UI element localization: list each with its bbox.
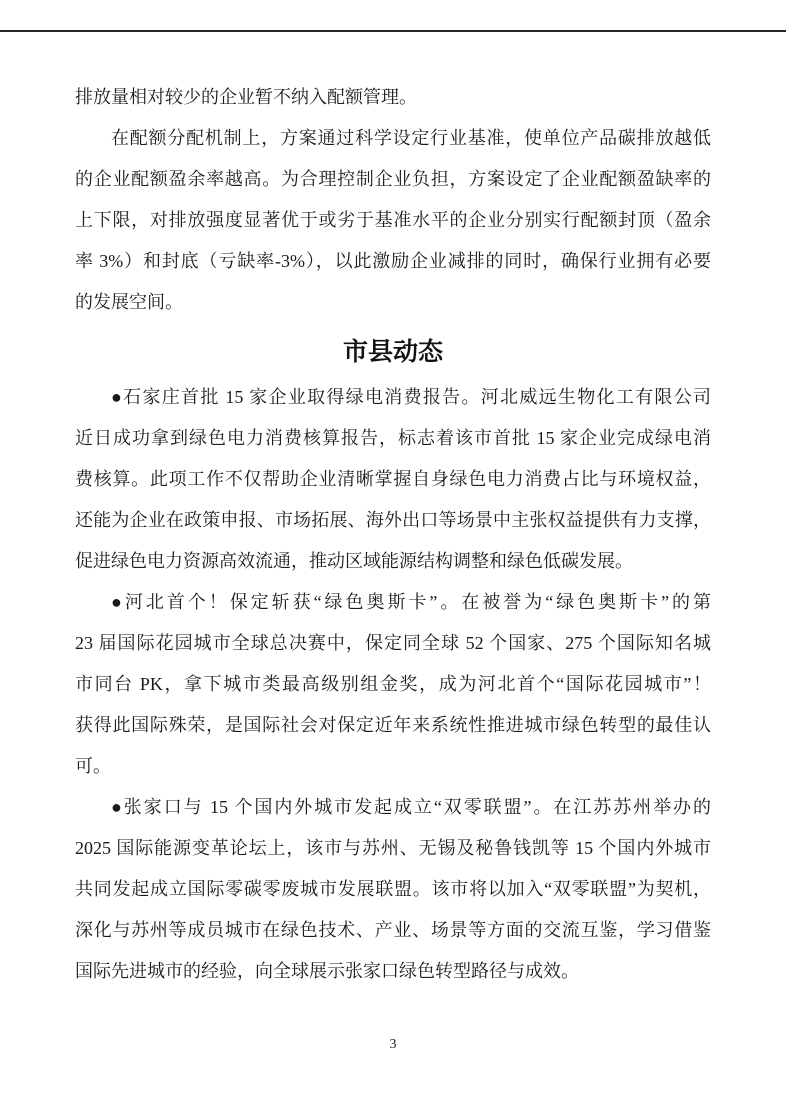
paragraph-line: 费核算。此项工作不仅帮助企业清晰掌握自身绿色电力消费占比与环境权益， — [75, 459, 711, 500]
paragraph-line: 的发展空间。 — [75, 282, 711, 323]
paragraph-line: ●张家口与 15 个国内外城市发起成立“双零联盟”。在江苏苏州举办的 — [75, 787, 711, 828]
paragraph-line: 市同台 PK，拿下城市类最高级别组金奖，成为河北首个“国际花园城市”！ — [75, 664, 711, 705]
paragraph-line: 还能为企业在政策申报、市场拓展、海外出口等场景中主张权益提供有力支撑， — [75, 500, 711, 541]
paragraph-line: ●河北首个！保定斩获“绿色奥斯卡”。在被誉为“绿色奥斯卡”的第 — [75, 582, 711, 623]
paragraph-line: 2025 国际能源变革论坛上，该市与苏州、无锡及秘鲁钱凯等 15 个国内外城市 — [75, 828, 711, 869]
paragraph-line: 促进绿色电力资源高效流通，推动区域能源结构调整和绿色低碳发展。 — [75, 541, 711, 582]
paragraph-line: 可。 — [75, 746, 711, 787]
paragraph-line: 23 届国际花园城市全球总决赛中，保定同全球 52 个国家、275 个国际知名城 — [75, 623, 711, 664]
paragraph: 排放量相对较少的企业暂不纳入配额管理。 — [75, 77, 711, 118]
paragraph: ●河北首个！保定斩获“绿色奥斯卡”。在被誉为“绿色奥斯卡”的第23 届国际花园城… — [75, 582, 711, 787]
section-heading: 市县动态 — [75, 330, 711, 374]
paragraph-line: 共同发起成立国际零碳零废城市发展联盟。该市将以加入“双零联盟”为契机， — [75, 869, 711, 910]
paragraph: ●张家口与 15 个国内外城市发起成立“双零联盟”。在江苏苏州举办的2025 国… — [75, 787, 711, 992]
paragraph-line: 深化与苏州等成员城市在绿色技术、产业、场景等方面的交流互鉴，学习借鉴 — [75, 910, 711, 951]
paragraph-line: 获得此国际殊荣，是国际社会对保定近年来系统性推进城市绿色转型的最佳认 — [75, 705, 711, 746]
paragraph-line: 率 3%）和封底（亏缺率-3%），以此激励企业减排的同时，确保行业拥有必要 — [75, 241, 711, 282]
paragraph-line: ●石家庄首批 15 家企业取得绿电消费报告。河北威远生物化工有限公司 — [75, 377, 711, 418]
paragraph: 在配额分配机制上，方案通过科学设定行业基准，使单位产品碳排放越低的企业配额盈余率… — [75, 118, 711, 323]
paragraph-line: 在配额分配机制上，方案通过科学设定行业基准，使单位产品碳排放越低 — [75, 118, 711, 159]
paragraph-line: 近日成功拿到绿色电力消费核算报告，标志着该市首批 15 家企业完成绿电消 — [75, 418, 711, 459]
paragraph-line: 的企业配额盈余率越高。为合理控制企业负担，方案设定了企业配额盈缺率的 — [75, 159, 711, 200]
header-rule — [0, 30, 786, 32]
paragraph-line: 国际先进城市的经验，向全球展示张家口绿色转型路径与成效。 — [75, 951, 711, 992]
document-body: 排放量相对较少的企业暂不纳入配额管理。在配额分配机制上，方案通过科学设定行业基准… — [75, 77, 711, 992]
document-page: 排放量相对较少的企业暂不纳入配额管理。在配额分配机制上，方案通过科学设定行业基准… — [0, 0, 786, 1114]
paragraph: ●石家庄首批 15 家企业取得绿电消费报告。河北威远生物化工有限公司近日成功拿到… — [75, 377, 711, 582]
page-number: 3 — [0, 1031, 786, 1059]
paragraph-line: 上下限，对排放强度显著优于或劣于基准水平的企业分别实行配额封顶（盈余 — [75, 200, 711, 241]
paragraph-line: 排放量相对较少的企业暂不纳入配额管理。 — [75, 77, 711, 118]
